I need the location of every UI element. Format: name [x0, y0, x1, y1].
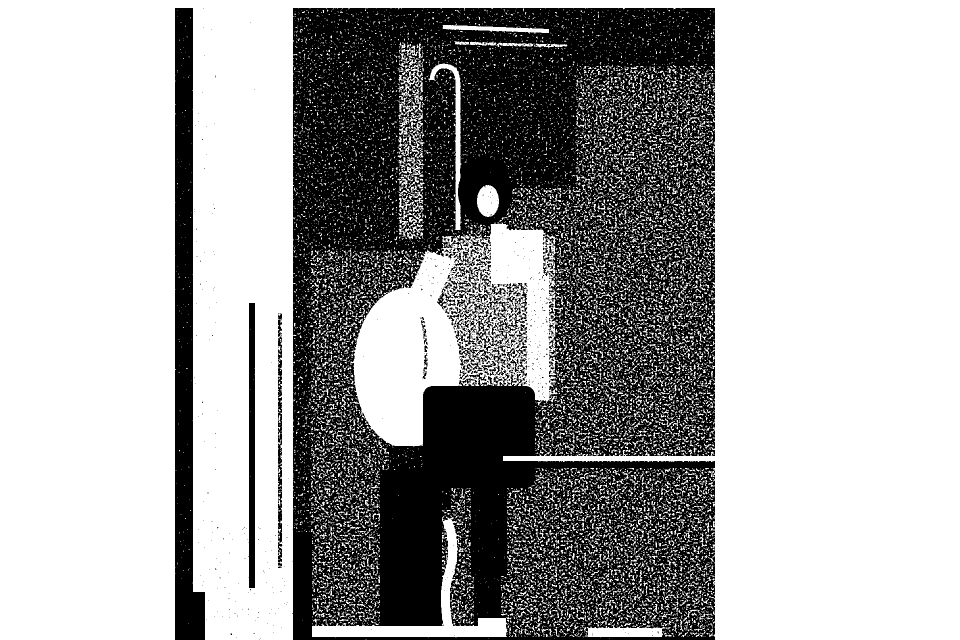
chest-highlight	[491, 224, 506, 284]
dithered-photo: Dithered black-and-white photograph	[175, 8, 715, 640]
left-leg-shadow-column	[380, 470, 442, 640]
light-vertical-streak	[399, 44, 423, 239]
scene	[175, 8, 715, 640]
railing-line-bright	[503, 456, 715, 461]
person-face-patch	[477, 185, 499, 217]
left-dark-strip	[175, 8, 193, 640]
torso-right-highlight	[527, 276, 549, 400]
railing-line-dark	[503, 462, 715, 468]
ground-strip-right	[588, 628, 662, 638]
shoulder-highlight	[506, 230, 543, 283]
page-background: Dithered black-and-white photograph	[0, 0, 960, 640]
ground-strip	[312, 626, 484, 637]
ground-bright-blob	[478, 618, 506, 640]
pole-edge-line-faint	[278, 313, 282, 568]
person-hair	[460, 158, 508, 184]
dithered-photo-canvas: Dithered black-and-white photograph	[175, 8, 715, 640]
right-leg-upper	[471, 484, 507, 576]
pole-edge-line	[249, 303, 255, 588]
dark-bar-bottom	[293, 532, 312, 640]
bottom-left-black-blob	[175, 592, 205, 640]
